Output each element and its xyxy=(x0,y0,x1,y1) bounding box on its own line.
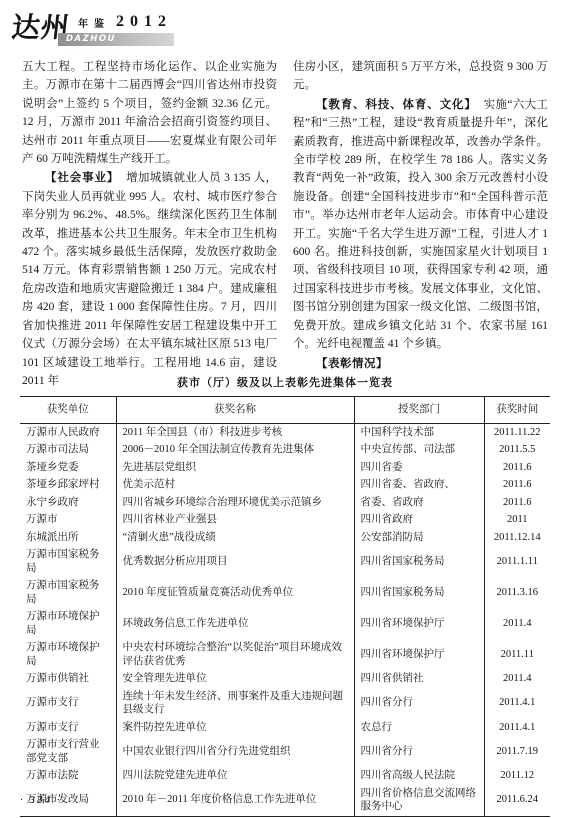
department-cell: 四川省分行 xyxy=(354,736,484,767)
award-cell: 案件防控先进单位 xyxy=(116,719,354,737)
paragraph-social-affairs: 【社会事业】增加城镇就业人员 3 135 人，下岗失业人员再就业 995 人。农… xyxy=(22,168,277,390)
date-cell: 2011.12.14 xyxy=(484,529,550,547)
table-row: 万源市四川省林业产业强县四川省政府2011 xyxy=(20,511,550,529)
date-cell: 2011.11.22 xyxy=(484,423,550,441)
award-cell: 优美示范村 xyxy=(116,476,354,494)
table-row: 万源市环境保护局环境政务信息工作先进单位四川省环境保护厅2011.4 xyxy=(20,608,550,639)
award-cell: 连续十年未发生经济、刑事案件及重大违规问题县级支行 xyxy=(116,688,354,719)
column-header-unit: 获奖单位 xyxy=(20,397,116,424)
department-cell: 四川省国家税务局 xyxy=(354,546,484,577)
article-body: 五大工程。工程坚持市场化运作、以企业实施为主。万源市在第十二届西博会“四川省达州… xyxy=(22,58,548,390)
unit-cell: 茶垭乡邱家坪村 xyxy=(20,476,116,494)
award-cell: 2006－2010 年全国法制宣传教育先进集体 xyxy=(116,441,354,459)
table-row: 茶垭乡邱家坪村优美示范村四川省委、省政府、2011.6 xyxy=(20,476,550,494)
unit-cell: 永宁乡政府 xyxy=(20,494,116,512)
award-cell: 中国农业银行四川省分行先进党组织 xyxy=(116,736,354,767)
unit-cell: 万源市 xyxy=(20,511,116,529)
unit-cell: 万源市环境保护局 xyxy=(20,608,116,639)
unit-cell: 万源市支行 xyxy=(20,719,116,737)
award-cell: 四川省林业产业强县 xyxy=(116,511,354,529)
department-cell: 中央宣传部、司法部 xyxy=(354,441,484,459)
paragraph-text: 住房小区，建筑面积 5 万平方米，总投资 9 300 万元。 xyxy=(293,61,548,91)
department-cell: 公安部消防局 xyxy=(354,529,484,547)
table-body: 万源市人民政府2011 年全国县（市）科技进步考核中国科学技术部2011.11.… xyxy=(20,423,550,816)
logo-subtitle: 年鉴 xyxy=(78,15,110,30)
table-row: 永宁乡政府四川省城乡环境综合治理环境优美示范镇乡省委、省政府2011.6 xyxy=(20,494,550,512)
yearbook-logo: 达州 年鉴 2012 DAZHOU NIANJIAN xyxy=(12,6,232,46)
department-cell: 四川省高级人民法院 xyxy=(354,767,484,785)
date-cell: 2011.4 xyxy=(484,670,550,688)
page-number: · 334 · xyxy=(20,794,62,806)
unit-cell: 茶垭乡党委 xyxy=(20,459,116,477)
department-cell: 四川省委 xyxy=(354,459,484,477)
unit-cell: 万源市人民政府 xyxy=(20,423,116,441)
yearbook-page: 达州 年鉴 2012 DAZHOU NIANJIAN 五大工程。工程坚持市场化运… xyxy=(0,0,570,818)
table-row: 东城派出所“清剿火患”战役成绩公安部消防局2011.12.14 xyxy=(20,529,550,547)
department-cell: 四川省价格信息交流网络服务中心 xyxy=(354,785,484,817)
date-cell: 2011.1.11 xyxy=(484,546,550,577)
department-cell: 四川省供销社 xyxy=(354,670,484,688)
award-cell: 四川省城乡环境综合治理环境优美示范镇乡 xyxy=(116,494,354,512)
date-cell: 2011.6 xyxy=(484,494,550,512)
department-cell: 省委、省政府 xyxy=(354,494,484,512)
department-cell: 中国科学技术部 xyxy=(354,423,484,441)
awards-table-section: 获市（厅）级及以上表彰先进集体一览表 获奖单位 获奖名称 授奖部门 获奖时间 万… xyxy=(20,374,550,817)
award-cell: 环境政务信息工作先进单位 xyxy=(116,608,354,639)
department-cell: 四川省国家税务局 xyxy=(354,577,484,608)
table-row: 茶垭乡党委先进基层党组织四川省委2011.6 xyxy=(20,459,550,477)
unit-cell: 万源市国家税务局 xyxy=(20,577,116,608)
logo-year: 2012 xyxy=(116,13,172,31)
unit-cell: 万源市司法局 xyxy=(20,441,116,459)
table-row: 万源市支行营业部党支部中国农业银行四川省分行先进党组织四川省分行2011.7.1… xyxy=(20,736,550,767)
department-cell: 农总行 xyxy=(354,719,484,737)
table-row: 万源市国家税务局2010 年度征管质量竞赛活动优秀单位四川省国家税务局2011.… xyxy=(20,577,550,608)
section-heading-education-culture: 【教育、科技、体育、文化】 xyxy=(316,97,477,111)
unit-cell: 东城派出所 xyxy=(20,529,116,547)
unit-cell: 万源市法院 xyxy=(20,767,116,785)
award-cell: 2010 年度征管质量竞赛活动优秀单位 xyxy=(116,577,354,608)
department-cell: 四川省委、省政府、 xyxy=(354,476,484,494)
paragraph-text: 五大工程。工程坚持市场化运作、以企业实施为主。万源市在第十二届西博会“四川省达州… xyxy=(22,61,277,165)
date-cell: 2011.6.24 xyxy=(484,785,550,817)
table-header-row: 获奖单位 获奖名称 授奖部门 获奖时间 xyxy=(20,397,550,424)
date-cell: 2011 xyxy=(484,511,550,529)
column-header-date: 获奖时间 xyxy=(484,397,550,424)
date-cell: 2011.4.1 xyxy=(484,719,550,737)
award-cell: 优秀数据分析应用项目 xyxy=(116,546,354,577)
table-row: 万源市司法局2006－2010 年全国法制宣传教育先进集体中央宣传部、司法部20… xyxy=(20,441,550,459)
date-cell: 2011.3.16 xyxy=(484,577,550,608)
table-row: 万源市发改局2010 年－2011 年度价格信息工作先进单位四川省价格信息交流网… xyxy=(20,785,550,817)
date-cell: 2011.6 xyxy=(484,459,550,477)
award-cell: 中央农村环境综合整治“以奖促治”项目环境成效评估获省优秀 xyxy=(116,639,354,670)
paragraph-education-culture: 【教育、科技、体育、文化】实施“六大工程”和“三热”工程，建设“教育质量提升年”… xyxy=(293,95,548,354)
logo-romanization: DAZHOU NIANJIAN xyxy=(58,33,174,46)
unit-cell: 万源市支行 xyxy=(20,688,116,719)
paragraph-text: 实施“六大工程”和“三热”工程，建设“教育质量提升年”，深化素质教育，推进高中新… xyxy=(293,99,548,350)
award-cell: “清剿火患”战役成绩 xyxy=(116,529,354,547)
date-cell: 2011.11 xyxy=(484,639,550,670)
paragraph-continuation: 五大工程。工程坚持市场化运作、以企业实施为主。万源市在第十二届西博会“四川省达州… xyxy=(22,58,277,168)
date-cell: 2011.5.5 xyxy=(484,441,550,459)
table-row: 万源市环境保护局中央农村环境综合整治“以奖促治”项目环境成效评估获省优秀四川省环… xyxy=(20,639,550,670)
department-cell: 四川省环境保护厅 xyxy=(354,608,484,639)
paragraph-continuation: 住房小区，建筑面积 5 万平方米，总投资 9 300 万元。 xyxy=(293,58,548,95)
award-cell: 安全管理先进单位 xyxy=(116,670,354,688)
date-cell: 2011.12 xyxy=(484,767,550,785)
awards-table: 获奖单位 获奖名称 授奖部门 获奖时间 万源市人民政府2011 年全国县（市）科… xyxy=(20,396,550,817)
article-column-left: 五大工程。工程坚持市场化运作、以企业实施为主。万源市在第十二届西博会“四川省达州… xyxy=(22,58,277,390)
date-cell: 2011.4 xyxy=(484,608,550,639)
department-cell: 四川省分行 xyxy=(354,688,484,719)
award-cell: 2010 年－2011 年度价格信息工作先进单位 xyxy=(116,785,354,817)
column-header-department: 授奖部门 xyxy=(354,397,484,424)
award-cell: 四川法院党建先进单位 xyxy=(116,767,354,785)
table-row: 万源市支行案件防控先进单位农总行2011.4.1 xyxy=(20,719,550,737)
paragraph-commendations: 【表彰情况】 xyxy=(293,354,548,373)
table-title: 获市（厅）级及以上表彰先进集体一览表 xyxy=(20,374,550,390)
table-row: 万源市人民政府2011 年全国县（市）科技进步考核中国科学技术部2011.11.… xyxy=(20,423,550,441)
unit-cell: 万源市国家税务局 xyxy=(20,546,116,577)
department-cell: 四川省环境保护厅 xyxy=(354,639,484,670)
table-row: 万源市支行连续十年未发生经济、刑事案件及重大违规问题县级支行四川省分行2011.… xyxy=(20,688,550,719)
table-row: 万源市国家税务局优秀数据分析应用项目四川省国家税务局2011.1.11 xyxy=(20,546,550,577)
section-heading-social-affairs: 【社会事业】 xyxy=(45,170,119,184)
paragraph-text: 增加城镇就业人员 3 135 人，下岗失业人员再就业 995 人。农村、城市医疗… xyxy=(22,172,277,386)
department-cell: 四川省政府 xyxy=(354,511,484,529)
section-heading-commendations: 【表彰情况】 xyxy=(316,356,388,370)
date-cell: 2011.4.1 xyxy=(484,688,550,719)
unit-cell: 万源市支行营业部党支部 xyxy=(20,736,116,767)
award-cell: 先进基层党组织 xyxy=(116,459,354,477)
award-cell: 2011 年全国县（市）科技进步考核 xyxy=(116,423,354,441)
unit-cell: 万源市环境保护局 xyxy=(20,639,116,670)
date-cell: 2011.6 xyxy=(484,476,550,494)
date-cell: 2011.7.19 xyxy=(484,736,550,767)
table-row: 万源市法院四川法院党建先进单位四川省高级人民法院2011.12 xyxy=(20,767,550,785)
column-header-award: 获奖名称 xyxy=(116,397,354,424)
table-row: 万源市供销社安全管理先进单位四川省供销社2011.4 xyxy=(20,670,550,688)
article-column-right: 住房小区，建筑面积 5 万平方米，总投资 9 300 万元。 【教育、科技、体育… xyxy=(293,58,548,390)
unit-cell: 万源市供销社 xyxy=(20,670,116,688)
